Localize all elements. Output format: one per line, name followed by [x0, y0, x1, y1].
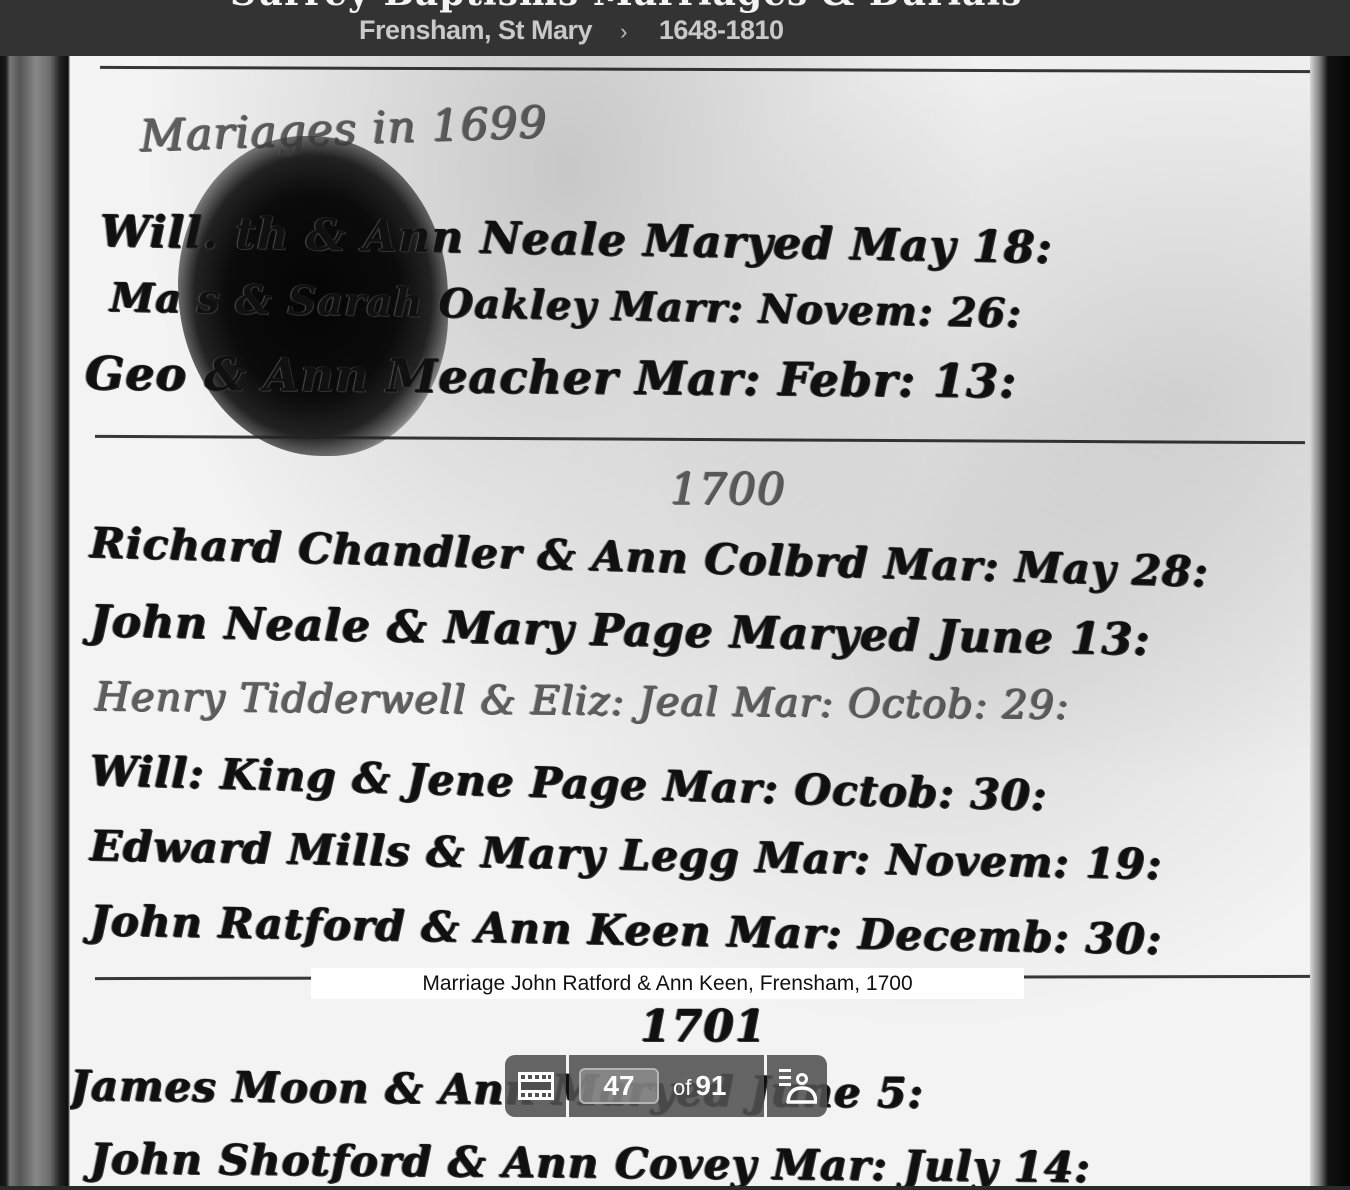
- page-edge: [1310, 56, 1350, 1186]
- breadcrumb-parish[interactable]: Frensham, St Mary: [359, 15, 592, 46]
- handwritten-line: John Shotford & Ann Covey Mar: July 14:: [90, 1134, 1091, 1186]
- filmstrip-button[interactable]: [505, 1055, 566, 1117]
- page-navigator: of 91: [569, 1055, 764, 1117]
- chevron-right-icon: ›: [620, 19, 627, 45]
- page-number-input[interactable]: [579, 1068, 659, 1104]
- image-caption: Marriage John Ratford & Ann Keen, Frensh…: [311, 968, 1024, 999]
- collection-title: Surrey Baptisms Marriages & Burials: [230, 0, 1022, 14]
- bottom-edge: [0, 1186, 1350, 1190]
- image-viewer-toolbar: of 91: [505, 1055, 827, 1117]
- handwritten-year: 1700: [670, 464, 786, 515]
- transcript-button[interactable]: [767, 1055, 827, 1117]
- page-count: of 91: [673, 1070, 727, 1102]
- transcript-person-icon: [777, 1066, 817, 1106]
- handwritten-year: 1701: [640, 1001, 766, 1052]
- book-binding: [0, 56, 70, 1186]
- filmstrip-icon: [517, 1071, 555, 1101]
- header-bar: Surrey Baptisms Marriages & Burials Fren…: [0, 0, 1350, 56]
- breadcrumb: Frensham, St Mary › 1648-1810: [359, 14, 784, 46]
- register-image[interactable]: Mariages in 1699 Will. th & Ann Neale Ma…: [0, 56, 1350, 1186]
- handwritten-line: Geo & Ann Meacher Mar: Febr: 13:: [85, 346, 1018, 408]
- breadcrumb-date-range[interactable]: 1648-1810: [659, 15, 784, 46]
- handwritten-line: Henry Tidderwell & Eliz: Jeal Mar: Octob…: [95, 674, 1070, 729]
- of-label: of: [673, 1075, 691, 1101]
- total-pages: 91: [695, 1070, 726, 1102]
